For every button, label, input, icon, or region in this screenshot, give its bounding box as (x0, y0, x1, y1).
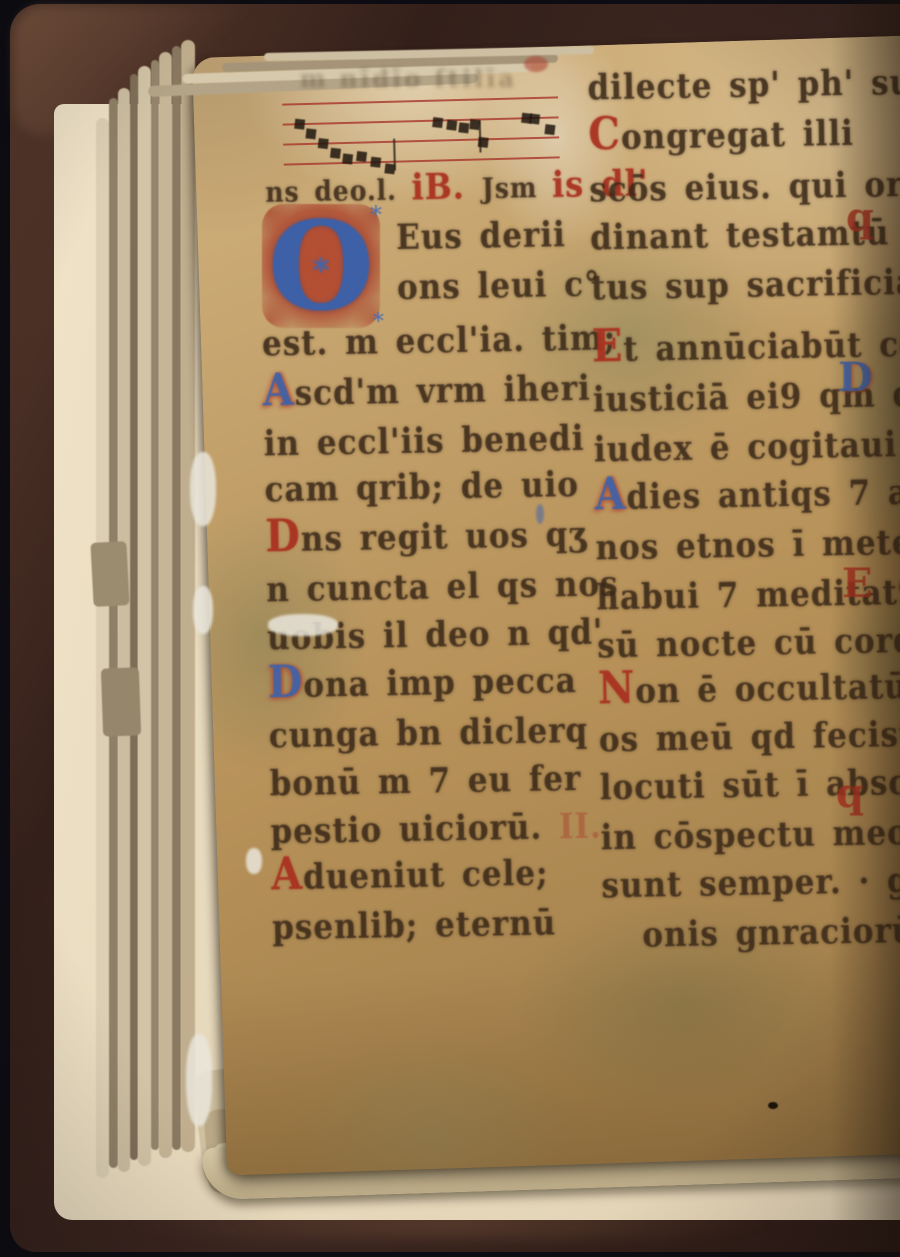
photo-vignette (0, 0, 900, 1257)
manuscript-photo: m nīdīo ſtilīa O ∗ ∗ ∗ ns deo.l. iB. Jsm… (0, 0, 900, 1257)
